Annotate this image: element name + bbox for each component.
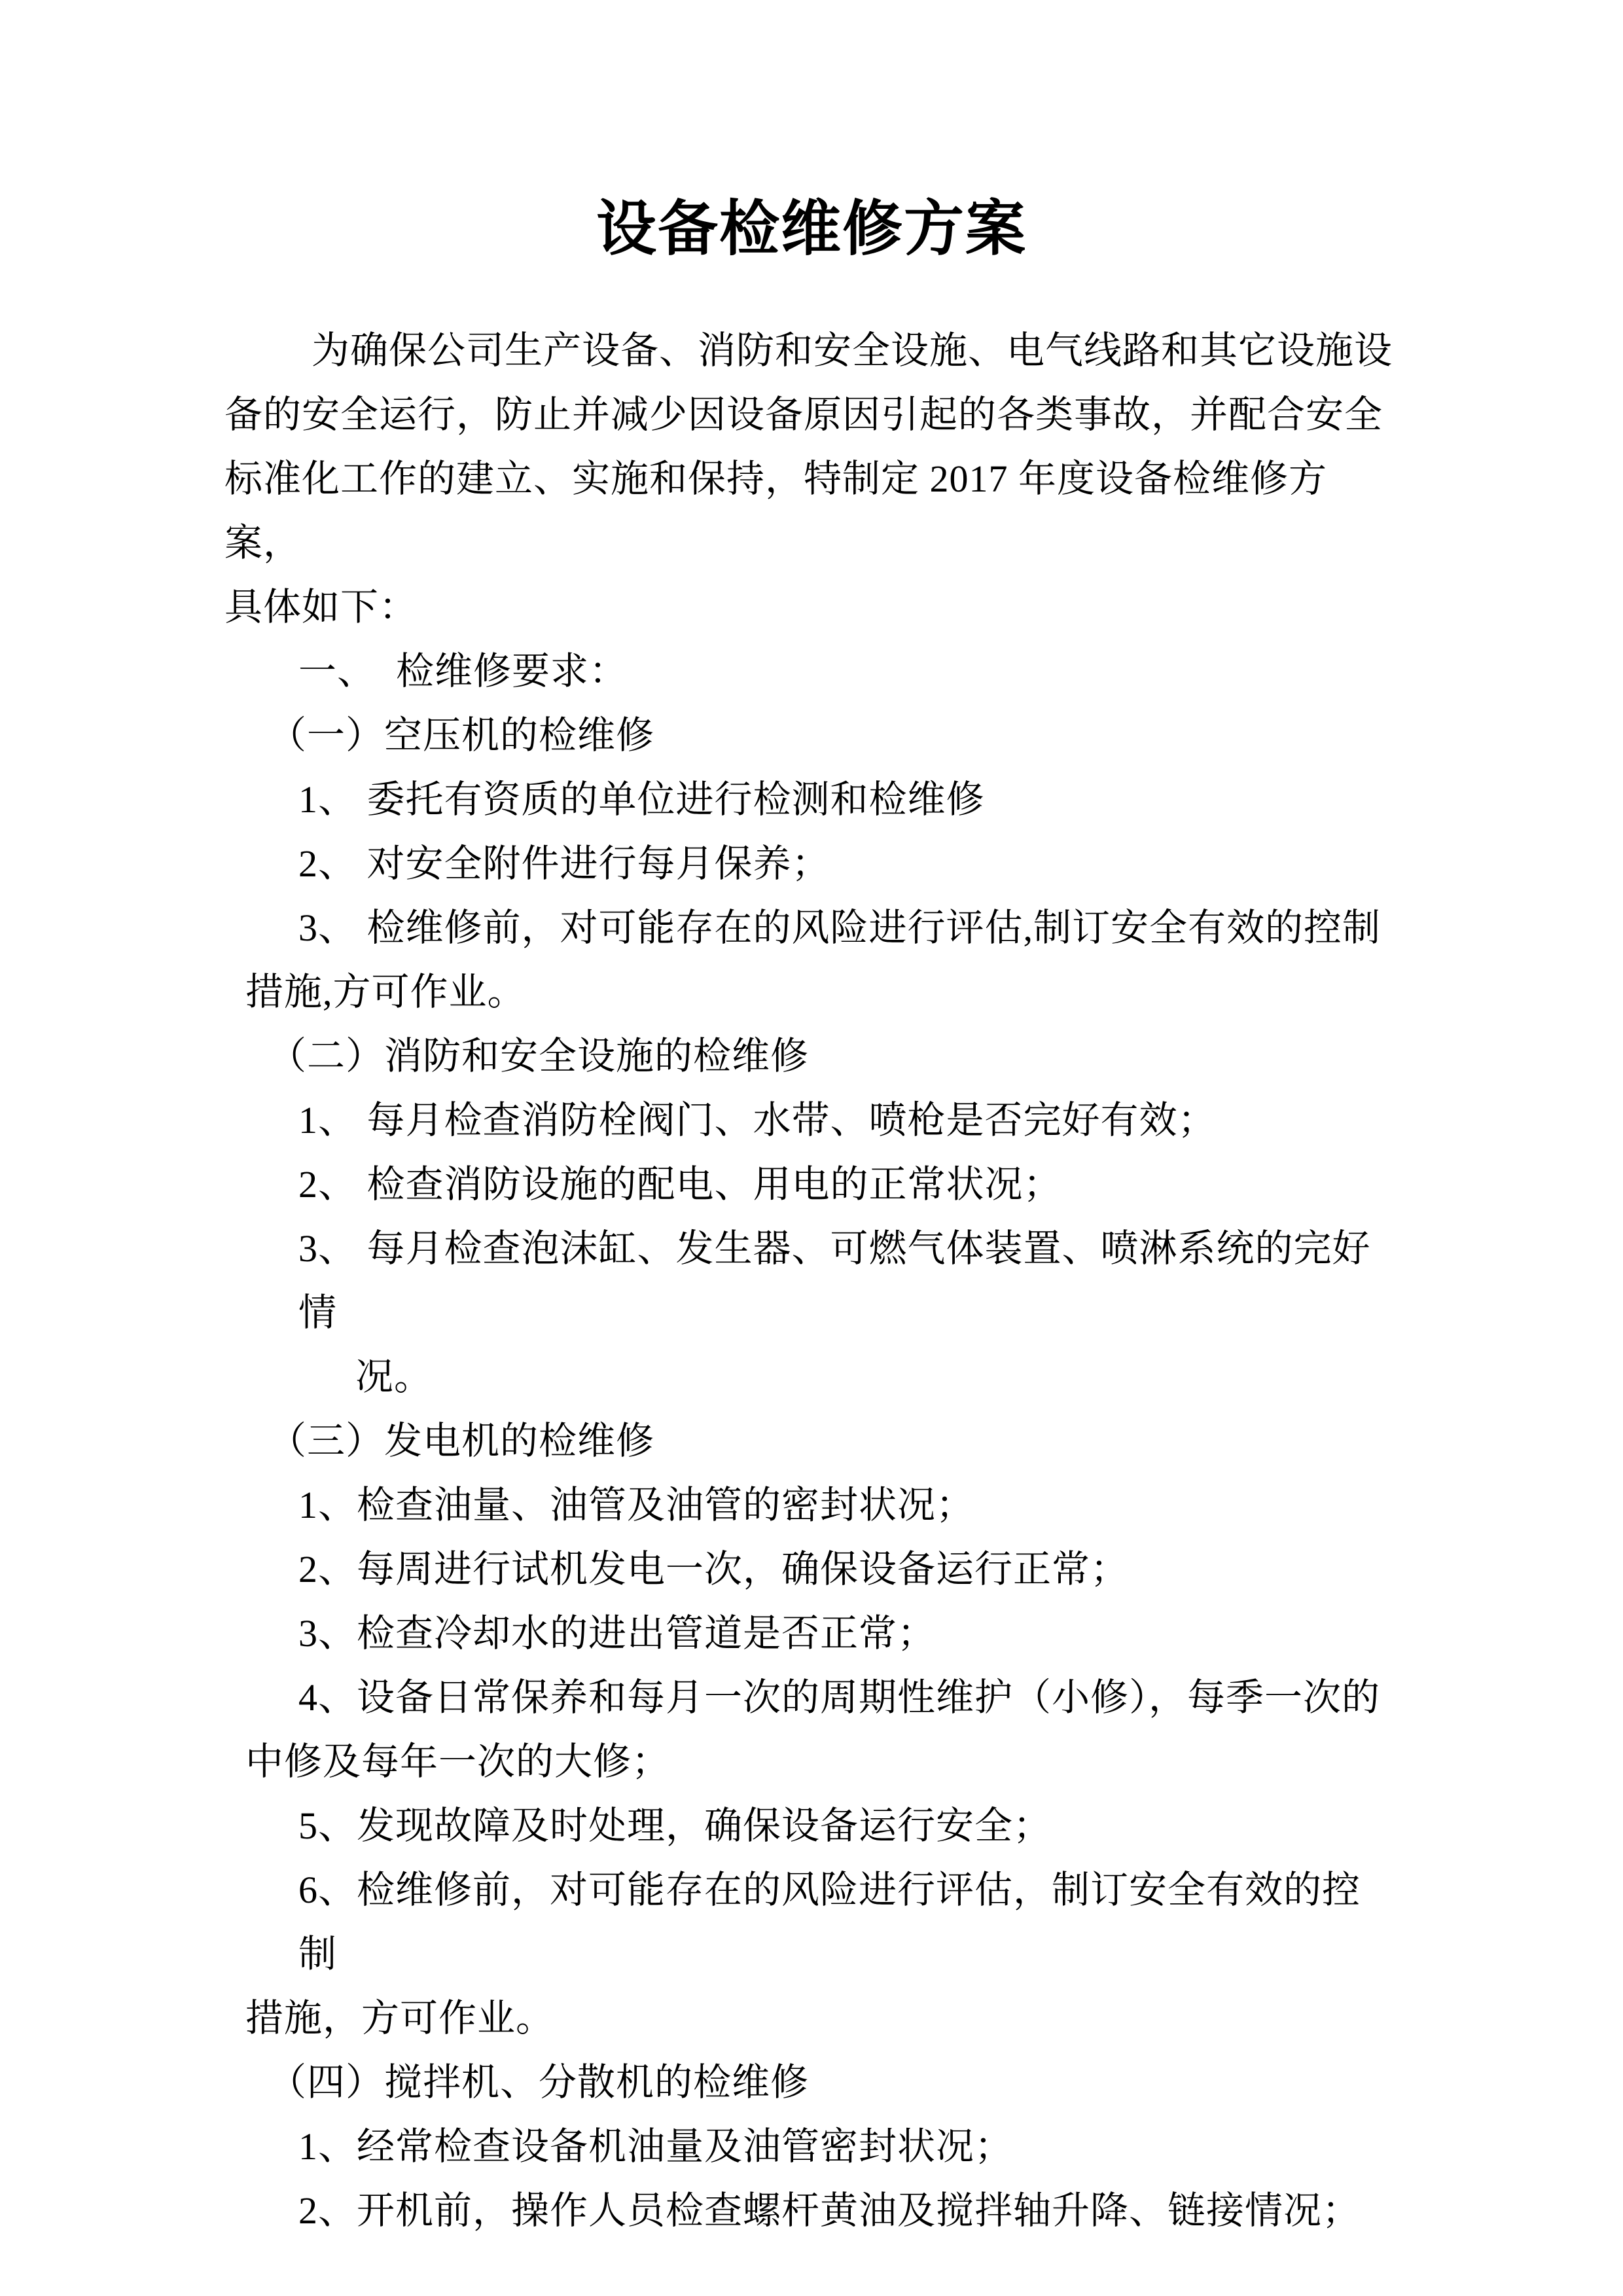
list-item-line: 2、 对安全附件进行每月保养； xyxy=(298,832,1397,896)
subsection-heading-line: （三）发电机的检维修 xyxy=(268,1409,1397,1473)
list-item-line: 2、每周进行试机发电一次，确保设备运行正常； xyxy=(298,1537,1397,1602)
continuation-line: 措施,方可作业。 xyxy=(245,960,1397,1024)
section-heading-line: 一、 检维修要求： xyxy=(298,639,1397,704)
continuation-line: 况。 xyxy=(355,1345,1397,1409)
list-item-line: 5、发现故障及时处理，确保设备运行安全； xyxy=(298,1794,1397,1858)
continuation-line: 中修及每年一次的大修； xyxy=(245,1730,1397,1794)
list-item-line: 2、 检查消防设施的配电、用电的正常状况； xyxy=(298,1153,1397,1217)
paragraph-line: 为确保公司生产设备、消防和安全设施、电气线路和其它设施设 xyxy=(224,319,1397,383)
paragraph-line: 标准化工作的建立、实施和保持，特制定 2017 年度设备检维修方案， xyxy=(224,447,1397,575)
subsection-heading-line: （二）消防和安全设施的检维修 xyxy=(268,1024,1397,1088)
document-body: 为确保公司生产设备、消防和安全设施、电气线路和其它设施设 备的安全运行，防止并减… xyxy=(224,319,1397,2243)
subsection-heading-line: （四）搅拌机、分散机的检维修 xyxy=(268,2051,1397,2115)
list-item-line: 1、经常检查设备机油量及油管密封状况； xyxy=(298,2115,1397,2179)
list-item-line: 3、 检维修前，对可能存在的风险进行评估,制订安全有效的控制 xyxy=(298,896,1397,960)
list-item-line: 1、检查油量、油管及油管的密封状况； xyxy=(298,1473,1397,1537)
paragraph-line: 具体如下： xyxy=(224,575,1397,639)
list-item-line: 3、检查冷却水的进出管道是否正常； xyxy=(298,1602,1397,1666)
continuation-line: 措施，方可作业。 xyxy=(245,1986,1397,2051)
list-item-line: 1、 每月检查消防栓阀门、水带、喷枪是否完好有效； xyxy=(298,1088,1397,1153)
paragraph-line: 备的安全运行，防止并减少因设备原因引起的各类事故，并配合安全 xyxy=(224,383,1397,447)
list-item-line: 1、 委托有资质的单位进行检测和检维修 xyxy=(298,768,1397,832)
subsection-heading-line: （一）空压机的检维修 xyxy=(268,704,1397,768)
list-item-line: 6、检维修前，对可能存在的风险进行评估，制订安全有效的控制 xyxy=(298,1858,1397,1986)
list-item-line: 3、 每月检查泡沫缸、发生器、可燃气体装置、喷淋系统的完好情 xyxy=(298,1217,1397,1345)
list-item-line: 2、开机前，操作人员检查螺杆黄油及搅拌轴升降、链接情况； xyxy=(298,2179,1397,2243)
document-page: 设备检维修方案 为确保公司生产设备、消防和安全设施、电气线路和其它设施设 备的安… xyxy=(0,0,1623,2296)
list-item-line: 4、设备日常保养和每月一次的周期性维护（小修），每季一次的 xyxy=(298,1666,1397,1730)
document-title: 设备检维修方案 xyxy=(0,0,1623,265)
